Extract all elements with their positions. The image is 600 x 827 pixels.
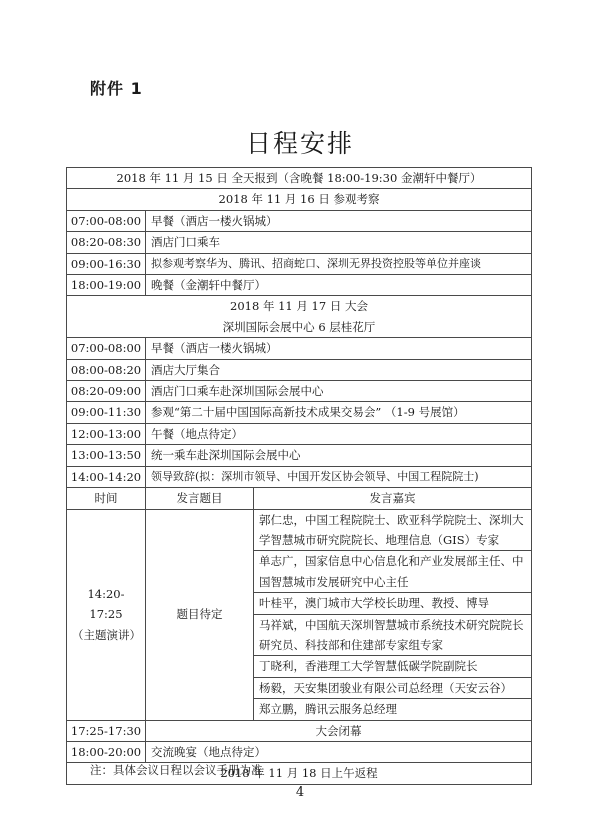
day3-header-row: 2018 年 11 月 17 日 大会 深圳国际会展中心 6 层桂花厅 [67, 296, 532, 338]
row-activity: 早餐（酒店一楼火锅城） [146, 338, 532, 359]
attachment-label: 附件 1 [90, 76, 143, 99]
day2-header-row: 2018 年 11 月 16 日 参观考察 [67, 189, 532, 210]
footnote: 注：具体会议日程以会议手册为准 [90, 762, 263, 778]
speech-time: 14:20-17:25 [72, 584, 140, 625]
speaker: 郭仁忠，中国工程院院士、欧亚科学院院士、深圳大学智慧城市研究院院长、地理信息（G… [254, 509, 532, 551]
table-row: 17:25-17:30 大会闭幕 [67, 720, 532, 741]
row-time: 09:00-11:30 [67, 402, 146, 423]
row-time: 09:00-16:30 [67, 253, 146, 274]
day3-header-venue: 深圳国际会展中心 6 层桂花厅 [72, 317, 526, 337]
table-row: 14:00-14:20 领导致辞(拟：深圳市领导、中国开发区协会领导、中国工程院… [67, 466, 532, 487]
table-row: 09:00-16:30 拟参观考察华为、腾讯、招商蛇口、深圳无界投资控股等单位并… [67, 253, 532, 274]
header-speaker: 发言嘉宾 [254, 488, 532, 509]
row-time: 08:20-08:30 [67, 232, 146, 253]
header-time: 时间 [67, 488, 146, 509]
row-time: 12:00-13:00 [67, 423, 146, 444]
day3-header: 2018 年 11 月 17 日 大会 深圳国际会展中心 6 层桂花厅 [67, 296, 532, 338]
row-activity: 晚餐（金潮轩中餐厅） [146, 275, 532, 296]
table-row: 07:00-08:00 早餐（酒店一楼火锅城） [67, 338, 532, 359]
row-time: 07:00-08:00 [67, 338, 146, 359]
speaker: 郑立鹏，腾讯云服务总经理 [254, 699, 532, 720]
day1-header: 2018 年 11 月 15 日 全天报到（含晚餐 18:00-19:30 金潮… [67, 168, 532, 189]
row-activity: 酒店大厅集合 [146, 359, 532, 380]
row-time: 18:00-19:00 [67, 275, 146, 296]
table-row: 07:00-08:00 早餐（酒店一楼火锅城） [67, 210, 532, 231]
table-row: 08:20-08:30 酒店门口乘车 [67, 232, 532, 253]
day2-header: 2018 年 11 月 16 日 参观考察 [67, 189, 532, 210]
speech-time-cell: 14:20-17:25 （主题演讲） [67, 509, 146, 720]
row-activity: 大会闭幕 [146, 720, 532, 741]
speech-time-note: （主题演讲） [72, 625, 140, 645]
table-row: 12:00-13:00 午餐（地点待定） [67, 423, 532, 444]
row-time: 14:00-14:20 [67, 466, 146, 487]
row-activity: 酒店门口乘车赴深圳国际会展中心 [146, 381, 532, 402]
row-time: 18:00-20:00 [67, 741, 146, 762]
speech-topic: 题目待定 [146, 509, 254, 720]
speech-header-row: 时间 发言题目 发言嘉宾 [67, 488, 532, 509]
row-activity: 统一乘车赴深圳国际会展中心 [146, 445, 532, 466]
speaker: 马祥斌，中国航天深圳智慧城市系统技术研究院院长研究员、科技部和住建部专家组专家 [254, 614, 532, 656]
page-number: 4 [0, 785, 600, 800]
speaker: 单志广，国家信息中心信息化和产业发展部主任、中国智慧城市发展研究中心主任 [254, 551, 532, 593]
row-time: 17:25-17:30 [67, 720, 146, 741]
schedule-table: 2018 年 11 月 15 日 全天报到（含晚餐 18:00-19:30 金潮… [66, 167, 532, 785]
table-row: 08:00-08:20 酒店大厅集合 [67, 359, 532, 380]
row-time: 13:00-13:50 [67, 445, 146, 466]
table-row: 09:00-11:30 参观“第二十届中国国际高新技术成果交易会” （1-9 号… [67, 402, 532, 423]
table-row: 08:20-09:00 酒店门口乘车赴深圳国际会展中心 [67, 381, 532, 402]
row-time: 08:00-08:20 [67, 359, 146, 380]
day3-header-date: 2018 年 11 月 17 日 大会 [72, 296, 526, 316]
row-activity: 早餐（酒店一楼火锅城） [146, 210, 532, 231]
row-time: 07:00-08:00 [67, 210, 146, 231]
speaker: 杨毅，天安集团骏业有限公司总经理（天安云谷） [254, 677, 532, 698]
row-activity: 拟参观考察华为、腾讯、招商蛇口、深圳无界投资控股等单位并座谈 [146, 253, 532, 274]
speaker: 叶桂平，澳门城市大学校长助理、教授、博导 [254, 593, 532, 614]
row-activity: 酒店门口乘车 [146, 232, 532, 253]
speaker-row: 14:20-17:25 （主题演讲） 题目待定 郭仁忠，中国工程院院士、欧亚科学… [67, 509, 532, 551]
page-title: 日程安排 [0, 124, 600, 160]
table-row: 18:00-20:00 交流晚宴（地点待定） [67, 741, 532, 762]
day1-header-row: 2018 年 11 月 15 日 全天报到（含晚餐 18:00-19:30 金潮… [67, 168, 532, 189]
row-activity: 午餐（地点待定） [146, 423, 532, 444]
table-row: 13:00-13:50 统一乘车赴深圳国际会展中心 [67, 445, 532, 466]
speaker: 丁晓利，香港理工大学智慧低碳学院副院长 [254, 656, 532, 677]
header-topic: 发言题目 [146, 488, 254, 509]
row-activity: 交流晚宴（地点待定） [146, 741, 532, 762]
row-time: 08:20-09:00 [67, 381, 146, 402]
row-activity: 领导致辞(拟：深圳市领导、中国开发区协会领导、中国工程院院士) [146, 466, 532, 487]
row-activity: 参观“第二十届中国国际高新技术成果交易会” （1-9 号展馆） [146, 402, 532, 423]
table-row: 18:00-19:00 晚餐（金潮轩中餐厅） [67, 275, 532, 296]
